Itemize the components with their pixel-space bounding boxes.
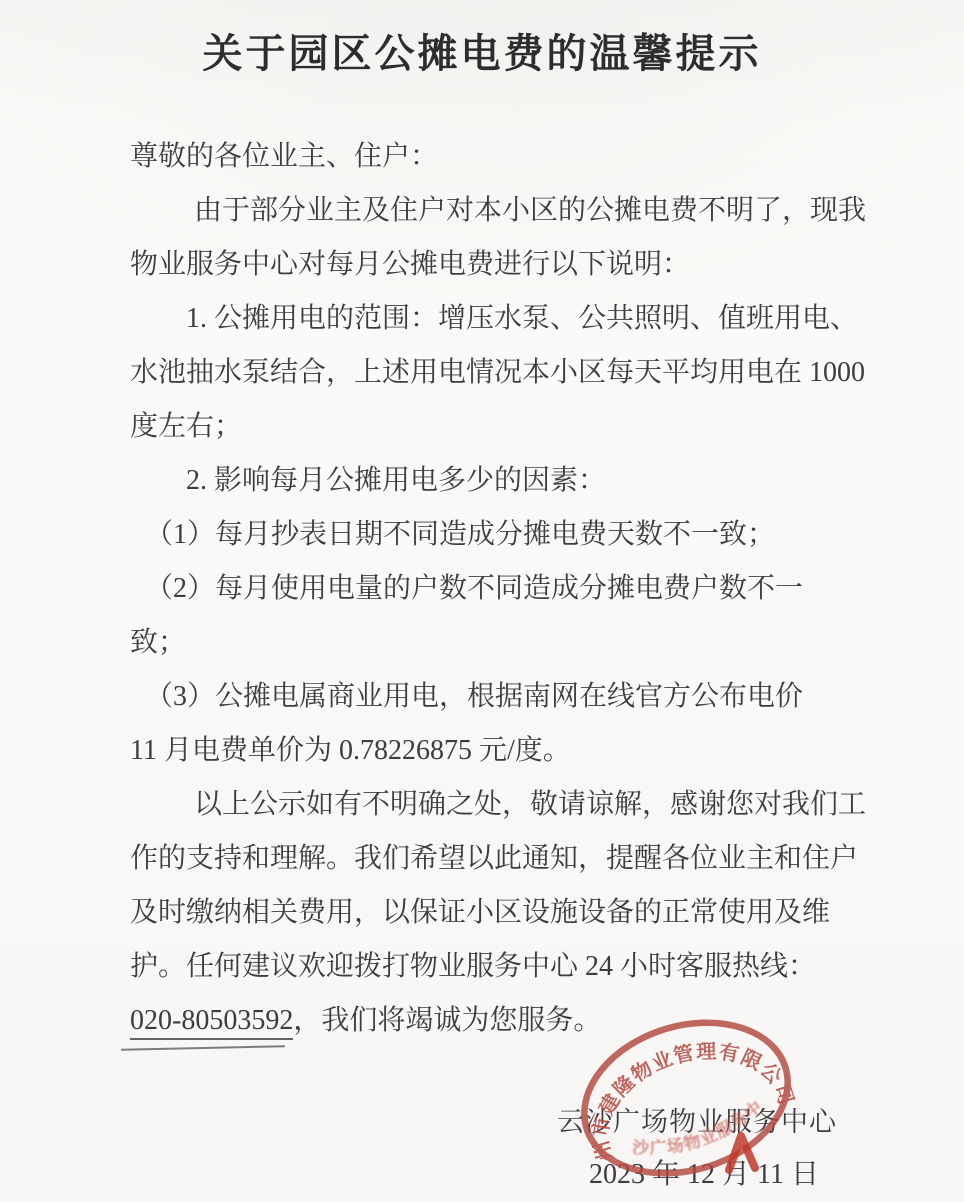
body-line: 及时缴纳相关费用，以保证小区设施设备的正常使用及维: [130, 886, 846, 940]
hotline-number: 020-80503592: [130, 1005, 293, 1040]
body-line: 作的支持和理解。我们希望以此通知，提醒各位业主和住户: [130, 832, 846, 886]
body-line: 由于部分业主及住户对本小区的公摊电费不明了，现我: [130, 184, 846, 238]
body-line: （1）每月抄表日期不同造成分摊电费天数不一致；: [130, 508, 846, 562]
notice-body: 尊敬的各位业主、住户： 由于部分业主及住户对本小区的公摊电费不明了，现我 物业服…: [130, 130, 846, 1048]
body-line: 以上公示如有不明确之处，敬请谅解，感谢您对我们工: [130, 778, 846, 832]
hotline-closing: ，我们将竭诚为您服务。: [293, 1005, 601, 1036]
notice-page: 关于园区公摊电费的温馨提示 尊敬的各位业主、住户： 由于部分业主及住户对本小区的…: [0, 0, 964, 1202]
hotline-line: 020-80503592，我们将竭诚为您服务。: [130, 994, 846, 1048]
body-line: 1. 公摊用电的范围：增压水泵、公共照明、值班用电、: [130, 292, 846, 346]
body-line: 度左右；: [130, 400, 846, 454]
signature-org: 云沙广场物业服务中心: [557, 1100, 837, 1139]
body-line: 物业服务中心对每月公摊电费进行以下说明：: [130, 238, 846, 292]
signature-date: 2023 年 12 月 11 日: [589, 1152, 819, 1192]
salutation: 尊敬的各位业主、住户：: [130, 130, 846, 184]
page-title: 关于园区公摊电费的温馨提示: [0, 22, 964, 79]
body-line: 11 月电费单价为 0.78226875 元/度。: [130, 724, 846, 778]
body-line: 水池抽水泵结合，上述用电情况本小区每天平均用电在 1000: [130, 346, 846, 400]
body-line: （2）每月使用电量的户数不同造成分摊电费户数不一: [130, 562, 846, 616]
body-line: （3）公摊电属商业用电，根据南网在线官方公布电价: [130, 670, 846, 724]
body-line: 2. 影响每月公摊用电多少的因素：: [130, 454, 846, 508]
body-line: 护。任何建议欢迎拨打物业服务中心 24 小时客服热线：: [130, 940, 846, 994]
body-line: 致；: [130, 616, 846, 670]
